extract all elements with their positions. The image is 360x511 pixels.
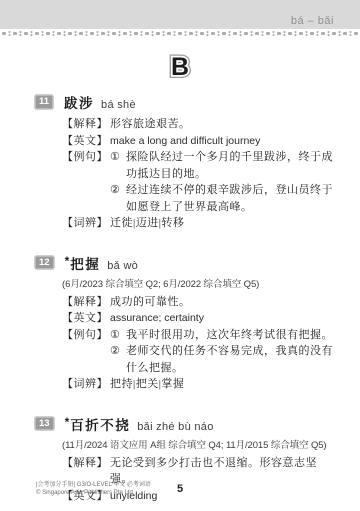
english-line: 【英文】 make a long and difficult journey bbox=[62, 133, 334, 150]
entry-pinyin: bǎi zhé bù náo bbox=[137, 421, 213, 433]
explanation-line: 【解释】 形容旅途艰苦。 bbox=[62, 116, 334, 133]
explanation-text: 成功的可靠性。 bbox=[110, 294, 334, 311]
entry-word: 百折不挠 bbox=[70, 414, 130, 434]
label-example: 【例句】 bbox=[62, 149, 108, 166]
entry-12: 12 * 把握 bǎ wò (6月/2023 综合填空 Q2; 6月/2022 … bbox=[34, 253, 334, 393]
entry-head: 12 * 把握 bǎ wò bbox=[34, 253, 334, 273]
label-compare: 【词辨】 bbox=[62, 215, 108, 232]
page-number: 5 bbox=[0, 483, 360, 495]
example-marker-1: ① bbox=[110, 149, 126, 166]
entry-word: 把握 bbox=[70, 253, 100, 273]
entry-head: 11 跋涉 bá shè bbox=[34, 92, 334, 112]
label-explain: 【解释】 bbox=[62, 455, 108, 472]
example-2: ② 老师交代的任务不容易完成，我真的没有什么把握。 bbox=[110, 343, 334, 376]
page-content: 11 跋涉 bá shè 【解释】 形容旅途艰苦。 【英文】 make a lo… bbox=[0, 92, 360, 504]
label-explain: 【解释】 bbox=[62, 116, 108, 133]
example-line: 【例句】 ① 探险队经过一个多月的千里跋涉，终于成功抵达目的地。 ② 经过连续不… bbox=[62, 149, 334, 215]
word-group: * 百折不挠 bǎi zhé bù náo bbox=[65, 414, 214, 434]
example-2: ② 经过连续不停的艰辛跋涉后，登山员终于如愿登上了世界最高峰。 bbox=[110, 182, 334, 215]
example-block: ① 我平时很用功，这次年终考试很有把握。 ② 老师交代的任务不容易完成，我真的没… bbox=[110, 327, 334, 377]
example-1: ① 探险队经过一个多月的千里跋涉，终于成功抵达目的地。 bbox=[110, 149, 334, 182]
example-line: 【例句】 ① 我平时很用功，这次年终考试很有把握。 ② 老师交代的任务不容易完成… bbox=[62, 327, 334, 377]
entry-11: 11 跋涉 bá shè 【解释】 形容旅途艰苦。 【英文】 make a lo… bbox=[34, 92, 334, 232]
star-marker: * bbox=[65, 415, 70, 429]
compare-line: 【词辨】 把持|把关|掌握 bbox=[62, 376, 334, 393]
exam-reference: (6月/2023 综合填空 Q2; 6月/2022 综合填空 Q5) bbox=[62, 277, 334, 292]
entry-pinyin: bá shè bbox=[101, 99, 136, 111]
entry-body: 【解释】 形容旅途艰苦。 【英文】 make a long and diffic… bbox=[62, 116, 334, 232]
example-text-1: 我平时很用功，这次年终考试很有把握。 bbox=[126, 327, 334, 344]
star-marker: * bbox=[65, 254, 70, 268]
entry-word: 跋涉 bbox=[64, 92, 94, 112]
example-marker-1: ① bbox=[110, 327, 126, 344]
entry-number-badge: 12 bbox=[34, 255, 55, 271]
section-letter: B B B bbox=[160, 51, 200, 83]
label-english: 【英文】 bbox=[62, 310, 108, 327]
entry-pinyin: bǎ wò bbox=[107, 260, 138, 272]
entry-number-badge: 11 bbox=[34, 94, 54, 110]
example-text-2: 老师交代的任务不容易完成，我真的没有什么把握。 bbox=[126, 343, 334, 376]
label-explain: 【解释】 bbox=[62, 294, 108, 311]
english-text: make a long and difficult journey bbox=[110, 133, 334, 150]
entry-body: (6月/2023 综合填空 Q2; 6月/2022 综合填空 Q5) 【解释】 … bbox=[62, 277, 334, 393]
example-block: ① 探险队经过一个多月的千里跋涉，终于成功抵达目的地。 ② 经过连续不停的艰辛跋… bbox=[110, 149, 334, 215]
exam-reference: (11月/2024 语文应用 A组 综合填空 Q4; 11月/2015 综合填空… bbox=[62, 438, 334, 453]
example-1: ① 我平时很用功，这次年终考试很有把握。 bbox=[110, 327, 334, 344]
page-header-band: bá – bǎi bbox=[0, 0, 360, 29]
label-english: 【英文】 bbox=[62, 133, 108, 150]
label-example: 【例句】 bbox=[62, 327, 108, 344]
explanation-text: 形容旅途艰苦。 bbox=[110, 116, 334, 133]
entry-head: 13 * 百折不挠 bǎi zhé bù náo bbox=[34, 414, 334, 434]
example-marker-2: ② bbox=[110, 182, 126, 199]
compare-line: 【词辨】 迁徙|迈进|转移 bbox=[62, 215, 334, 232]
entry-number-badge: 13 bbox=[34, 416, 55, 432]
example-text-2: 经过连续不停的艰辛跋涉后，登山员终于如愿登上了世界最高峰。 bbox=[126, 182, 334, 215]
dotted-divider bbox=[0, 29, 360, 38]
english-text: assurance; certainty bbox=[110, 310, 334, 327]
word-group: 跋涉 bá shè bbox=[64, 92, 136, 112]
english-line: 【英文】 assurance; certainty bbox=[62, 310, 334, 327]
explanation-line: 【解释】 成功的可靠性。 bbox=[62, 294, 334, 311]
label-compare: 【词辨】 bbox=[62, 376, 108, 393]
example-text-1: 探险队经过一个多月的千里跋涉，终于成功抵达目的地。 bbox=[126, 149, 334, 182]
word-group: * 把握 bǎ wò bbox=[65, 253, 139, 273]
running-head: bá – bǎi bbox=[291, 15, 334, 27]
compare-text: 把持|把关|掌握 bbox=[110, 376, 334, 393]
compare-text: 迁徙|迈进|转移 bbox=[110, 215, 334, 232]
example-marker-2: ② bbox=[110, 343, 126, 360]
